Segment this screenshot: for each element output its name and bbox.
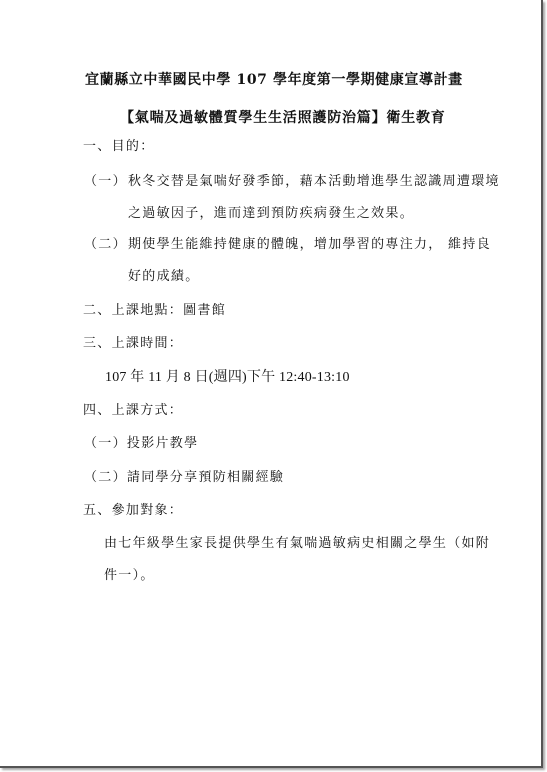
document-page: 宜蘭縣立中華國民中學 107 學年度第一學期健康宣導計畫 【氣喘及過敏體質學生生…	[0, 0, 543, 768]
purpose-item-1-line-2: 之過敏因子，進而達到預防疾病發生之效果。	[128, 206, 414, 222]
method-item-1: （一）投影片教學	[84, 436, 198, 452]
method-item-2: （二）請同學分享預防相關經驗	[84, 470, 284, 486]
document-subtitle: 【氣喘及過敏體質學生生活照護防治篇】衛生教育	[120, 110, 446, 126]
section-heading-method: 四、上課方式：	[83, 403, 183, 419]
participants-line-1: 由七年級學生家長提供學生有氣喘過敏病史相關之學生（如附	[104, 536, 490, 552]
purpose-item-2-line-2: 好的成績。	[128, 269, 200, 285]
section-heading-time: 三、上課時間：	[83, 336, 183, 352]
purpose-item-1-line-1: 秋冬交替是氣喘好發季節，藉本活動增進學生認識周遭環境	[128, 174, 500, 190]
purpose-item-2-marker: （二）	[84, 237, 127, 253]
class-time-value: 107 年 11 月 8 日(週四)下午 12:40-13:10	[105, 370, 350, 386]
purpose-item-1-marker: （一）	[84, 174, 127, 190]
participants-line-2: 件一）。	[104, 568, 155, 584]
purpose-item-2-line-1: 期使學生能維持健康的體魄，增加學習的專注力， 維持良	[128, 237, 491, 253]
section-heading-location: 二、上課地點：圖書館	[83, 303, 226, 319]
section-heading-purpose: 一、目的：	[83, 139, 155, 155]
document-title: 宜蘭縣立中華國民中學 107 學年度第一學期健康宣導計畫	[85, 72, 463, 88]
section-heading-participants: 五、參加對象：	[83, 503, 183, 519]
